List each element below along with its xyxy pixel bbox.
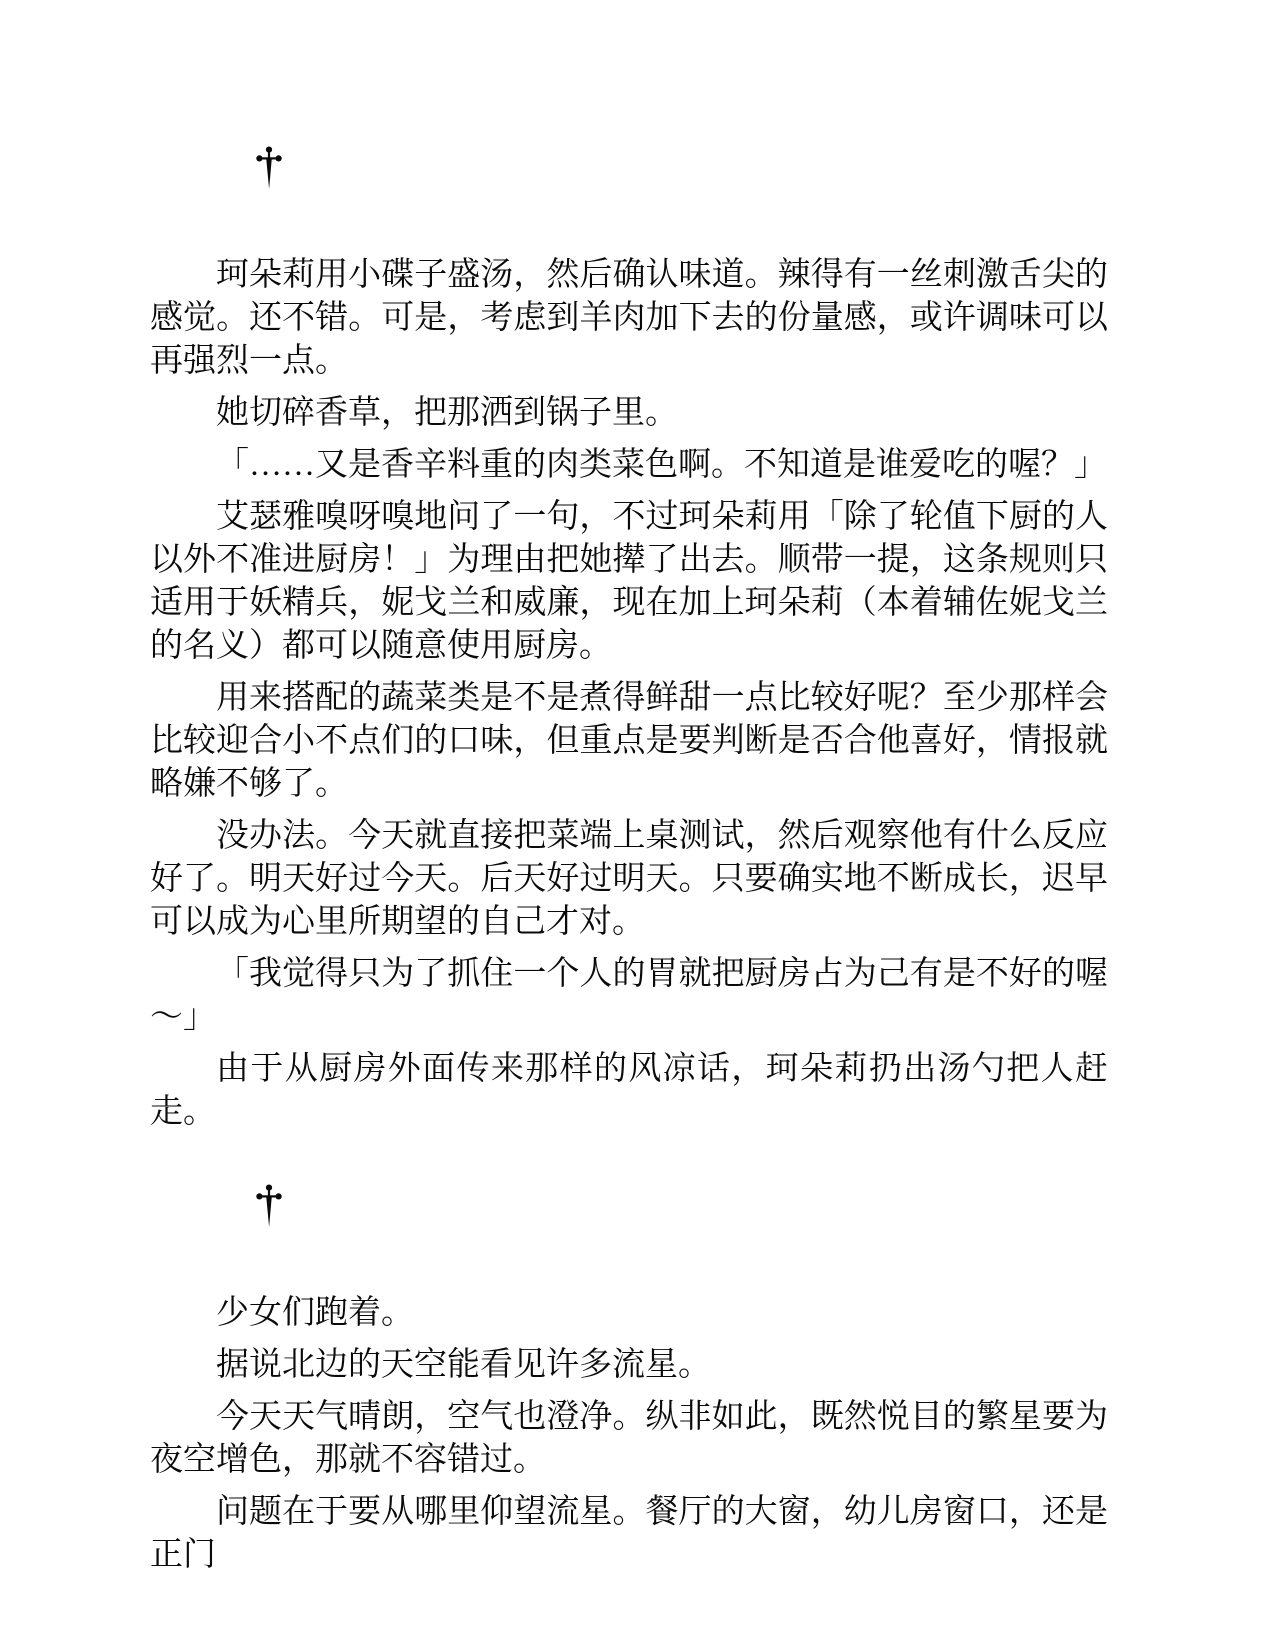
paragraph-dialogue: 「我觉得只为了抓住一个人的胃就把厨房占为己有是不好的喔～」 bbox=[150, 953, 1108, 1039]
paragraph: 用来搭配的蔬菜类是不是煮得鲜甜一点比较好呢？至少那样会比较迎合小不点们的口味，但… bbox=[150, 677, 1108, 806]
paragraph: 据说北边的天空能看见许多流星。 bbox=[150, 1344, 1108, 1387]
dagger-icon bbox=[256, 1184, 282, 1228]
body-text-section-2: 少女们跑着。 据说北边的天空能看见许多流星。 今天天气晴朗，空气也澄净。纵非如此… bbox=[150, 1292, 1108, 1577]
paragraph-truncated: 问题在于要从哪里仰望流星。餐厅的大窗，幼儿房窗口，还是正门 bbox=[150, 1491, 1108, 1577]
paragraph: 由于从厨房外面传来那样的风凉话，珂朵莉扔出汤勺把人赶走。 bbox=[150, 1048, 1108, 1134]
text-column: 珂朵莉用小碟子盛汤，然后确认味道。辣得有一丝刺激舌尖的感觉。还不错。可是，考虑到… bbox=[150, 0, 1108, 1586]
section-break-middle bbox=[256, 1184, 1108, 1228]
paragraph: 少女们跑着。 bbox=[150, 1292, 1108, 1335]
dagger-icon bbox=[256, 146, 282, 190]
paragraph: 没办法。今天就直接把菜端上桌测试，然后观察他有什么反应好了。明天好过今天。后天好… bbox=[150, 815, 1108, 944]
paragraph-dialogue: 「……又是香辛料重的肉类菜色啊。不知道是谁爱吃的喔？」 bbox=[150, 444, 1108, 487]
body-text-section-1: 珂朵莉用小碟子盛汤，然后确认味道。辣得有一丝刺激舌尖的感觉。还不错。可是，考虑到… bbox=[150, 254, 1108, 1134]
novel-page: 珂朵莉用小碟子盛汤，然后确认味道。辣得有一丝刺激舌尖的感觉。还不错。可是，考虑到… bbox=[0, 0, 1275, 1650]
paragraph: 珂朵莉用小碟子盛汤，然后确认味道。辣得有一丝刺激舌尖的感觉。还不错。可是，考虑到… bbox=[150, 254, 1108, 383]
paragraph: 今天天气晴朗，空气也澄净。纵非如此，既然悦目的繁星要为夜空增色，那就不容错过。 bbox=[150, 1396, 1108, 1482]
section-break-top bbox=[256, 146, 1108, 190]
paragraph: 她切碎香草，把那洒到锅子里。 bbox=[150, 392, 1108, 435]
paragraph: 艾瑟雅嗅呀嗅地问了一句，不过珂朵莉用「除了轮值下厨的人以外不准进厨房！」为理由把… bbox=[150, 496, 1108, 668]
